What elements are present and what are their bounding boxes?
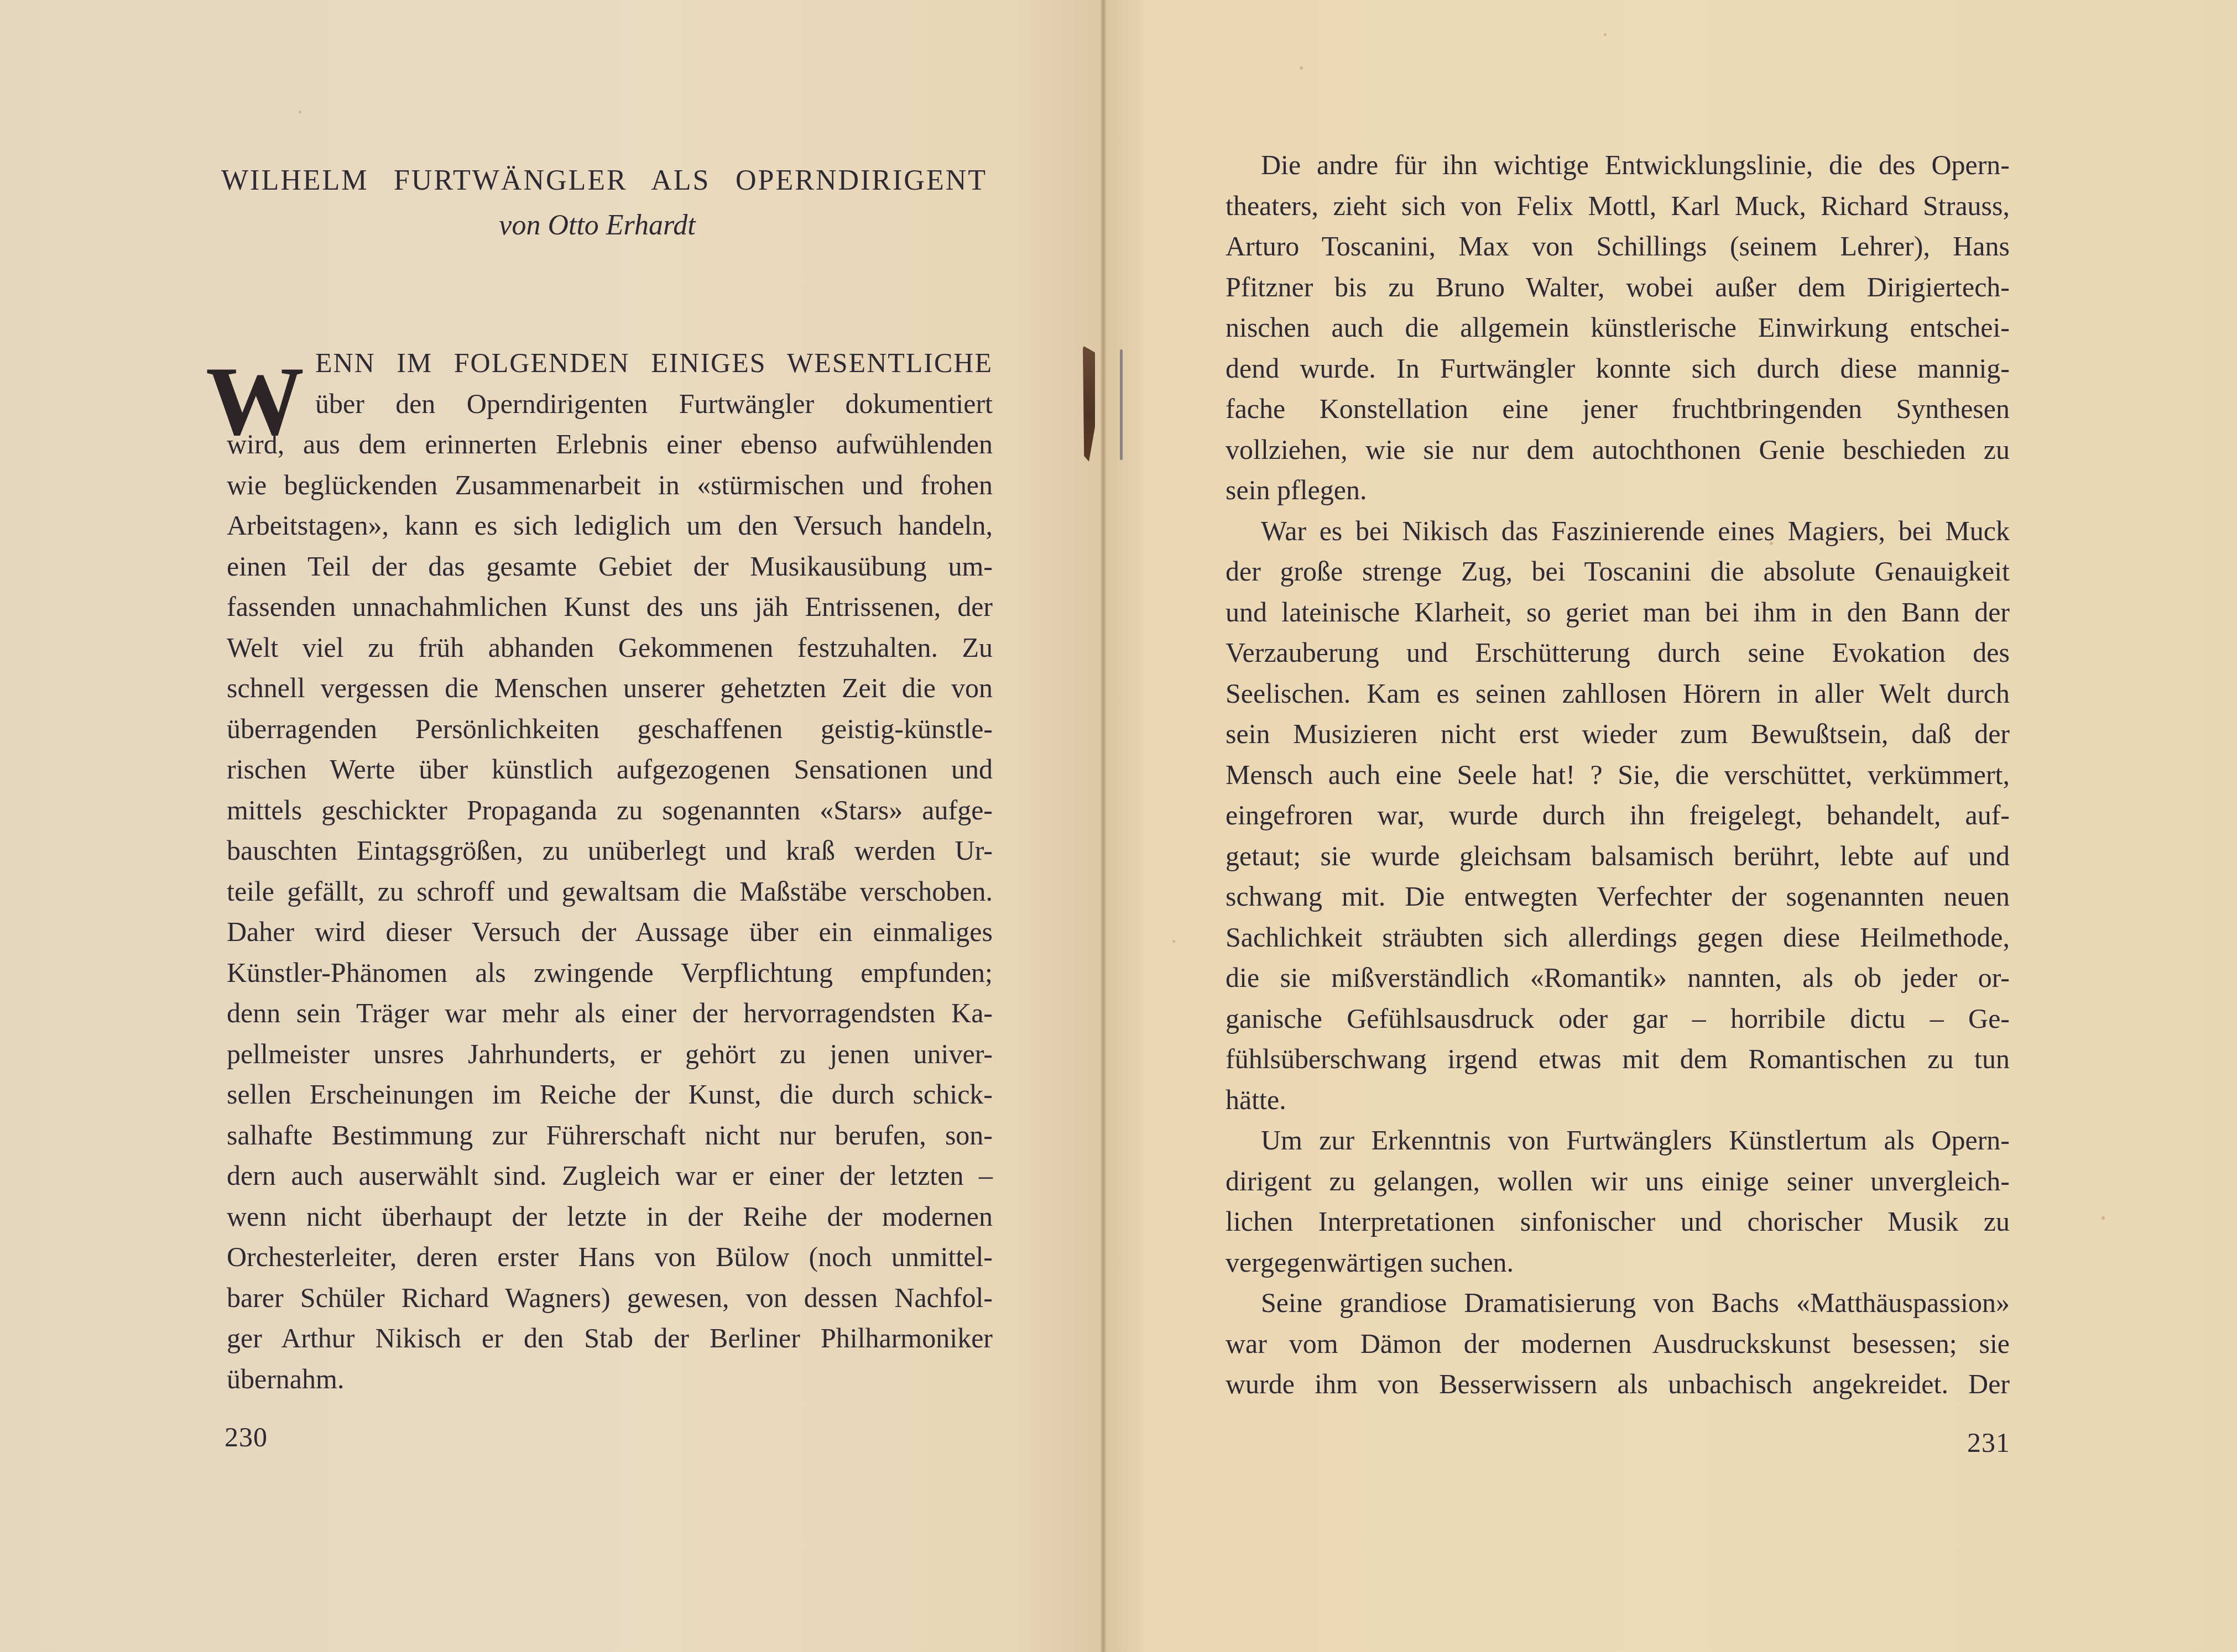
text-line: überragenden Persönlichkeiten geschaffen… <box>227 709 993 750</box>
page-number-right: 231 <box>1958 1426 2010 1458</box>
text-line: fache Konstellation eine jener fruchtbri… <box>1226 389 2010 430</box>
text-line: vergegenwärtigen suchen. <box>1226 1242 2010 1283</box>
text-line: vollziehen, wie sie nur dem autochthonen… <box>1226 430 2010 470</box>
article-byline: von Otto Erhardt <box>487 209 708 242</box>
text-line: Pfitzner bis zu Bruno Walter, wobei auße… <box>1226 267 2010 308</box>
text-line: sein Musizieren nicht erst wieder zum Be… <box>1226 714 2010 755</box>
text-line: fühlsüberschwang irgend etwas mit dem Ro… <box>1226 1039 2010 1080</box>
text-line: pellmeister unsres Jahrhunderts, er gehö… <box>227 1034 993 1075</box>
text-line: übernahm. <box>227 1359 993 1400</box>
text-line: über den Operndirigenten Furtwängler dok… <box>227 384 993 425</box>
text-line: schwang mit. Die entwegten Verfechter de… <box>1226 876 2010 917</box>
text-line: rischen Werte über künstlich aufgezogene… <box>227 749 993 790</box>
text-line: die sie mißverständlich «Romantik» nannt… <box>1226 958 2010 998</box>
text-line: War es bei Nikisch das Faszinierende ein… <box>1226 511 2010 552</box>
paper-speck <box>1604 33 1607 36</box>
text-line: bauschten Eintagsgrößen, zu unüberlegt u… <box>227 830 993 871</box>
text-line: hätte. <box>1226 1080 2010 1121</box>
text-line: fassenden unnachahmlichen Kunst des uns … <box>227 587 993 628</box>
text-line: Mensch auch eine Seele hat! ? Sie, die v… <box>1226 755 2010 796</box>
text-line: sellen Erscheinungen im Reiche der Kunst… <box>227 1074 993 1115</box>
text-line: schnell vergessen die Menschen unserer g… <box>227 668 993 709</box>
text-line: der große strenge Zug, bei Toscanini die… <box>1226 551 2010 592</box>
text-line: lichen Interpretationen sinfonischer und… <box>1226 1201 2010 1242</box>
paper-speck <box>1300 66 1303 70</box>
text-line: Um zur Erkenntnis von Furtwänglers Künst… <box>1226 1120 2010 1161</box>
text-line: Welt viel zu früh abhanden Gekommenen fe… <box>227 628 993 668</box>
text-line: dirigent zu gelangen, wollen wir uns ein… <box>1226 1161 2010 1202</box>
text-line: mittels geschickter Propaganda zu sogena… <box>227 790 993 831</box>
text-line: Die andre für ihn wichtige Entwicklungsl… <box>1226 145 2010 186</box>
text-line: war vom Dämon der modernen Ausdruckskuns… <box>1226 1324 2010 1365</box>
text-line: denn sein Träger war mehr als einer der … <box>227 993 993 1034</box>
text-line: Orchesterleiter, deren erster Hans von B… <box>227 1237 993 1278</box>
text-line: eingefroren war, wurde durch ihn freigel… <box>1226 795 2010 836</box>
text-line: teile gefällt, zu schroff und gewaltsam … <box>227 871 993 912</box>
text-line: Daher wird dieser Versuch der Aussage üb… <box>227 912 993 953</box>
text-line: wie beglückenden Zusammenarbeit in «stür… <box>227 465 993 506</box>
right-page-body: Die andre für ihn wichtige Entwicklungsl… <box>1226 145 2010 1405</box>
text-line: Seine grandiose Dramatisierung von Bachs… <box>1226 1283 2010 1324</box>
left-page-body: ENN IM FOLGENDEN EINIGES WESENTLICHE übe… <box>227 343 993 1399</box>
text-line: ger Arthur Nikisch er den Stab der Berli… <box>227 1318 993 1359</box>
text-line: sein pflegen. <box>1226 470 2010 511</box>
text-line: barer Schüler Richard Wagners) gewesen, … <box>227 1278 993 1319</box>
text-line: salhafte Bestimmung zur Führerschaft nic… <box>227 1115 993 1156</box>
text-line: Seelischen. Kam es seinen zahllosen Höre… <box>1226 673 2010 714</box>
paper-speck <box>1172 940 1175 943</box>
text-line: Arturo Toscanini, Max von Schillings (se… <box>1226 226 2010 267</box>
book-gutter <box>1101 0 1106 1652</box>
text-line: Künstler-Phänomen als zwingende Verpflic… <box>227 953 993 994</box>
text-line: getaut; sie wurde gleichsam balsamisch b… <box>1226 836 2010 877</box>
paper-speck <box>299 111 301 113</box>
article-title: WILHELM FURTWÄNGLER ALS OPERNDIRIGENT <box>221 164 987 197</box>
page-number-left: 230 <box>225 1421 268 1453</box>
text-line: einen Teil der das gesamte Gebiet der Mu… <box>227 546 993 587</box>
text-line: Sachlichkeit sträubten sich allerdings g… <box>1226 917 2010 958</box>
text-line: Arbeitstagen», kann es sich lediglich um… <box>227 505 993 546</box>
binding-pencil-mark <box>1120 349 1123 460</box>
text-line: nischen auch die allgemein künstlerische… <box>1226 307 2010 348</box>
text-line: ganische Gefühlsausdruck oder gar – horr… <box>1226 998 2010 1039</box>
text-line: wird, aus dem erinnerten Erlebnis einer … <box>227 424 993 465</box>
text-line: Verzauberung und Erschütterung durch sei… <box>1226 632 2010 673</box>
paper-speck <box>2102 1216 2105 1220</box>
text-line: dern auch auserwählt sind. Zugleich war … <box>227 1156 993 1196</box>
text-line: dend wurde. In Furtwängler konnte sich d… <box>1226 348 2010 389</box>
text-line: wenn nicht überhaupt der letzte in der R… <box>227 1196 993 1237</box>
text-line: und lateinische Klarheit, so geriet man … <box>1226 592 2010 633</box>
text-line: ENN IM FOLGENDEN EINIGES WESENTLICHE <box>227 343 993 384</box>
text-line: theaters, zieht sich von Felix Mottl, Ka… <box>1226 186 2010 227</box>
text-line: wurde ihm von Besserwissern als unbachis… <box>1226 1364 2010 1405</box>
